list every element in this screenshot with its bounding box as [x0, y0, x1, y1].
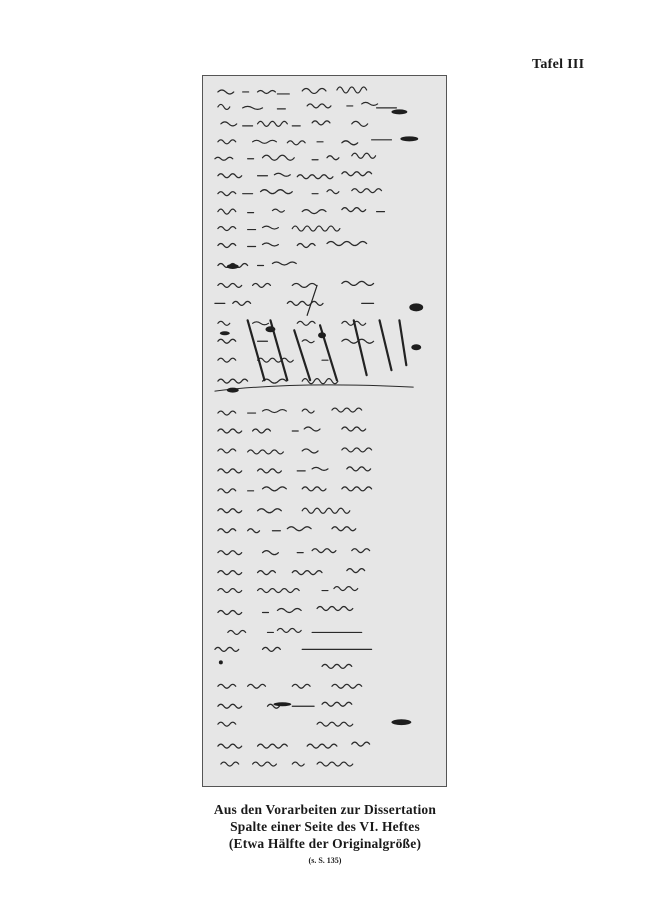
- plate-label: Tafel III: [532, 57, 584, 73]
- page-reference: (s. S. 135): [190, 856, 460, 866]
- caption-line-3: (Etwa Hälfte der Originalgröße): [190, 835, 460, 852]
- caption-line-2: Spalte einer Seite des VI. Heftes: [190, 818, 460, 835]
- caption-line-1: Aus den Vorarbeiten zur Dissertation: [190, 801, 460, 818]
- manuscript-image: [202, 75, 447, 787]
- caption: Aus den Vorarbeiten zur Dissertation Spa…: [190, 801, 460, 866]
- handwriting-scribbles: [203, 76, 446, 786]
